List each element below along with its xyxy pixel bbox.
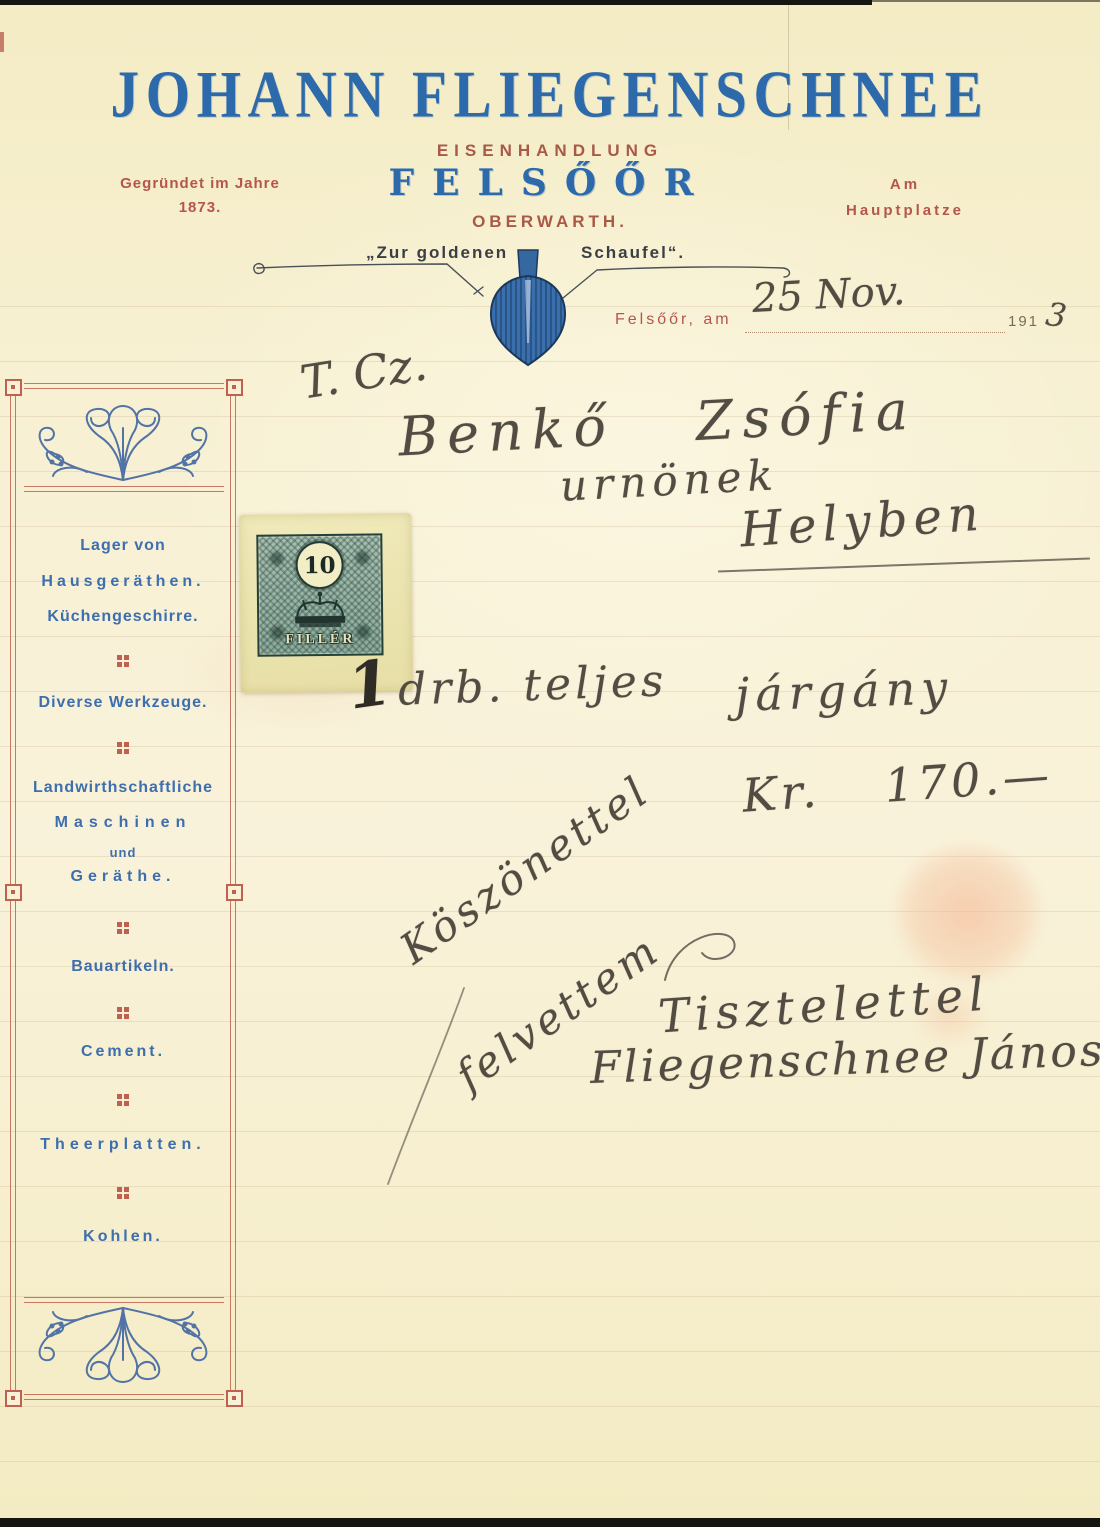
- frame-mid-square: [226, 884, 243, 901]
- founded-line2: 1873.: [105, 196, 295, 220]
- frame-corner-square: [226, 379, 243, 396]
- handwritten-item-name: járgány: [734, 660, 954, 722]
- sidebar-item: Lager von: [14, 537, 232, 555]
- sidebar-item: Theerplatten.: [14, 1136, 232, 1154]
- art-nouveau-floral-icon: [25, 1306, 221, 1386]
- sidebar-item: Küchengeschirre.: [14, 608, 232, 626]
- sidebar-item: Diverse Werkzeuge.: [14, 694, 232, 712]
- trade-line: EISENHANDLUNG: [0, 141, 1100, 161]
- sidebar-item: und: [14, 845, 232, 860]
- dateline-place-printed: Felsőőr, am: [615, 311, 732, 329]
- handwritten-recipient-name: Benkő Zsófia: [397, 378, 919, 468]
- frame-line-under-ornament: [24, 486, 224, 492]
- stamp-unit: FILLÉR: [259, 631, 381, 648]
- dateline-year-printed: 191: [1008, 313, 1039, 330]
- frame-mid-square: [5, 884, 22, 901]
- handwritten-day-month: 25 Nov.: [751, 268, 906, 322]
- frame-corner-square: [5, 379, 22, 396]
- shovel-icon: [478, 248, 578, 368]
- scanned-invoice-page: JOHANN FLIEGENSCHNEE EISENHANDLUNG FELSŐ…: [0, 0, 1100, 1527]
- handwritten-underline: [718, 558, 1090, 573]
- four-dot-ornament-icon: [117, 1187, 122, 1192]
- handwritten-year-digit: 3: [1043, 295, 1068, 335]
- scan-edge-top: [0, 0, 872, 5]
- pen-flourish-icon: [650, 922, 780, 984]
- handwritten-item: drb. teljes: [397, 655, 668, 715]
- four-dot-ornament-icon: [117, 655, 122, 660]
- revenue-stamp-design: 10 FILLÉR: [256, 533, 383, 656]
- sidebar-item: Geräthe.: [14, 868, 232, 886]
- address-line2: Hauptplatze: [825, 198, 985, 224]
- four-dot-ornament-icon: [117, 1007, 122, 1012]
- sidebar-item: Cement.: [14, 1043, 232, 1061]
- scan-edge-bottom: [0, 1518, 1100, 1527]
- frame-corner-square: [5, 1390, 22, 1407]
- frame-line-top: [24, 383, 224, 389]
- founded-note: Gegründet im Jahre 1873.: [105, 172, 295, 220]
- sidebar-item: Landwirthschaftliche: [14, 779, 232, 797]
- handwritten-salutation: T. Cz.: [297, 336, 431, 409]
- company-name: JOHANN FLIEGENSCHNEE: [28, 56, 1073, 133]
- art-nouveau-floral-icon: [25, 402, 221, 482]
- four-dot-ornament-icon: [117, 1094, 122, 1099]
- founded-line1: Gegründet im Jahre: [105, 172, 295, 196]
- sidebar-item: Hausgeräthen.: [14, 573, 232, 591]
- frame-line-bottom: [24, 1394, 224, 1400]
- four-dot-ornament-icon: [117, 922, 122, 927]
- scan-edge-mark: [0, 32, 4, 52]
- frame-corner-square: [226, 1390, 243, 1407]
- stamp-value: 10: [295, 541, 344, 590]
- address-note: Am Hauptplatze: [825, 172, 985, 224]
- pen-stroke-tail: [372, 982, 492, 1192]
- sidebar-item: Maschinen: [14, 814, 232, 832]
- handwritten-price: Kr. 170.—: [740, 747, 1054, 823]
- sidebar-item: Bauartikeln.: [14, 958, 232, 976]
- four-dot-ornament-icon: [117, 742, 122, 747]
- address-line1: Am: [825, 172, 985, 198]
- sidebar-item: Kohlen.: [14, 1228, 232, 1246]
- frame-line-over-ornament: [24, 1297, 224, 1303]
- crown-icon: [285, 588, 355, 631]
